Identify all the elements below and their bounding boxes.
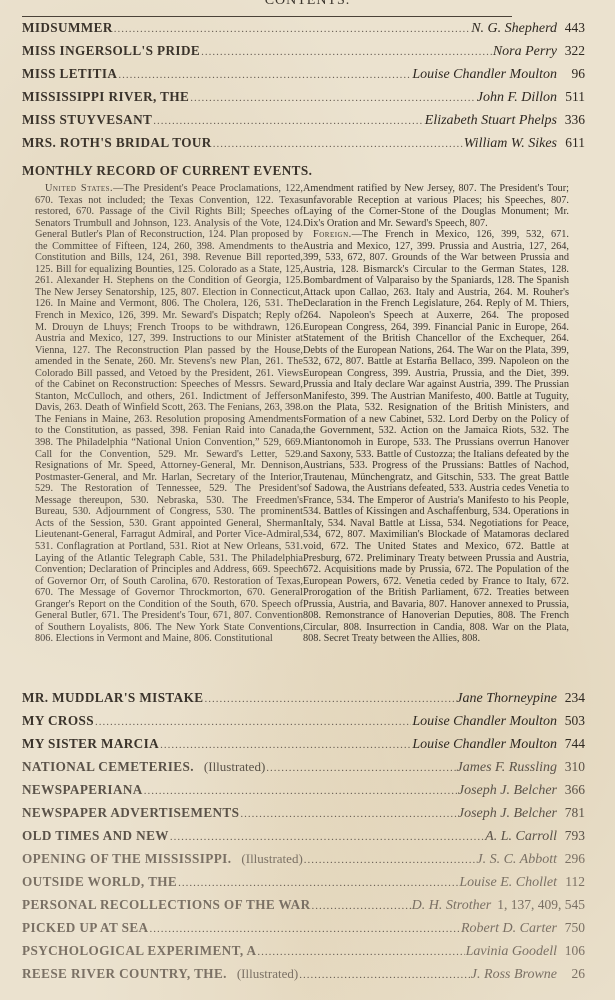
toc-entry: MIDSUMMER N. G. Shepherd 443 [22, 20, 585, 42]
entry-pages: 336 [563, 112, 585, 128]
leader-dots [190, 92, 476, 104]
leader-dots [178, 877, 458, 889]
entry-author: William W. Sikes [464, 136, 557, 152]
entry-author: Lavinia Goodell [466, 944, 557, 960]
toc-entry: MRS. ROTH'S BRIDAL TOUR William W. Sikes… [22, 135, 585, 157]
entry-title: MIDSUMMER [22, 20, 113, 36]
leader-dots [95, 716, 411, 728]
toc-entry: MR. MUDDLAR'S MISTAKE Jane Thorneypine 2… [22, 690, 585, 712]
entry-note: (Illustrated) [237, 966, 298, 982]
entry-title: NEWSPAPERIANA [22, 782, 143, 798]
leader-dots [312, 900, 411, 912]
entry-author: Louise E. Chollet [459, 875, 557, 891]
leader-dots [160, 739, 411, 751]
header-rule [22, 16, 512, 17]
entry-title: MRS. ROTH'S BRIDAL TOUR [22, 135, 212, 151]
united-states-text: —The President's Peace Proclamations, 12… [35, 183, 303, 644]
entry-pages: 443 [563, 20, 585, 36]
leader-dots [299, 969, 470, 981]
entry-author: Nora Perry [493, 44, 557, 60]
entry-title: PSYCHOLOGICAL EXPERIMENT, A [22, 943, 256, 959]
united-states-continuation: Amendment ratified by New Jersey, 807. T… [303, 183, 569, 229]
leader-dots [304, 854, 476, 866]
leader-dots [240, 808, 457, 820]
entry-title: MR. MUDDLAR'S MISTAKE [22, 690, 203, 706]
entry-author: James F. Russling [457, 760, 557, 776]
entry-author: Robert D. Carter [461, 921, 557, 937]
entry-author: Louise Chandler Moulton [412, 737, 557, 753]
entry-author: Joseph J. Belcher [458, 806, 557, 822]
entry-author: Jane Thorneypine [456, 691, 557, 707]
toc-entry: PICKED UP AT SEA Robert D. Carter 750 [22, 920, 585, 942]
toc-entry: OUTSIDE WORLD, THE Louise E. Chollet 112 [22, 874, 585, 896]
leader-dots [213, 138, 463, 150]
entry-title: NEWSPAPER ADVERTISEMENTS [22, 805, 239, 821]
entry-author: Joseph J. Belcher [458, 783, 557, 799]
entry-pages: 511 [563, 89, 585, 105]
entry-author: Elizabeth Stuart Phelps [425, 113, 557, 129]
foreign-label: Foreign. [313, 229, 352, 240]
entry-author: J. S. C. Abbott [476, 852, 557, 868]
entry-title: MISSISSIPPI RIVER, THE [22, 89, 189, 105]
toc-entry: PERSONAL RECOLLECTIONS OF THE WAR D. H. … [22, 897, 585, 919]
entry-pages: 310 [563, 759, 585, 775]
entry-title: PICKED UP AT SEA [22, 920, 148, 936]
entry-title: OPENING OF THE MISSISSIPPI. [22, 851, 231, 867]
entry-pages: 750 [563, 920, 585, 936]
entry-author: N. G. Shepherd [471, 21, 557, 37]
monthly-record-left-column: United States.—The President's Peace Pro… [35, 183, 303, 645]
toc-entry: MY CROSS Louise Chandler Moulton 503 [22, 713, 585, 735]
toc-entry: PSYCHOLOGICAL EXPERIMENT, A Lavinia Good… [22, 943, 585, 965]
entry-title: MY CROSS [22, 713, 94, 729]
entry-pages: 503 [563, 713, 585, 729]
contents-page: CONTENTS. MIDSUMMER N. G. Shepherd 443 M… [0, 0, 615, 1000]
united-states-paragraph: United States.—The President's Peace Pro… [35, 183, 303, 645]
entry-pages: 112 [563, 874, 585, 890]
entry-note: (Illustrated) [241, 851, 302, 867]
toc-entry: OLD TIMES AND NEW A. L. Carroll 793 [22, 828, 585, 850]
toc-entry: REESE RIVER COUNTRY, THE. (Illustrated) … [22, 966, 585, 988]
entry-title: MISS LETITIA [22, 66, 117, 82]
entry-title: OLD TIMES AND NEW [22, 828, 169, 844]
leader-dots [149, 923, 459, 935]
foreign-paragraph: Foreign.—The French in Mexico, 126, 399,… [303, 229, 569, 645]
entry-title: PERSONAL RECOLLECTIONS OF THE WAR [22, 897, 311, 913]
foreign-text: —The French in Mexico, 126, 399, 532, 67… [303, 229, 569, 644]
entry-pages: 366 [563, 782, 585, 798]
toc-entry: OPENING OF THE MISSISSIPPI. (Illustrated… [22, 851, 585, 873]
entry-title: NATIONAL CEMETERIES. [22, 759, 194, 775]
entry-pages: 234 [563, 690, 585, 706]
leader-dots [257, 946, 464, 958]
entry-pages: 106 [563, 943, 585, 959]
entry-pages: 611 [563, 135, 585, 151]
entry-author: J. Ross Browne [471, 967, 557, 983]
toc-entry: MISS STUYVESANT Elizabeth Stuart Phelps … [22, 112, 585, 134]
entry-title: REESE RIVER COUNTRY, THE. [22, 966, 227, 982]
leader-dots [204, 693, 455, 705]
toc-entry: NATIONAL CEMETERIES. (Illustrated) James… [22, 759, 585, 781]
toc-entry: NEWSPAPERIANA Joseph J. Belcher 366 [22, 782, 585, 804]
entry-pages: 793 [563, 828, 585, 844]
united-states-label: United States. [45, 183, 113, 194]
leader-dots [170, 831, 484, 843]
entry-pages: 744 [563, 736, 585, 752]
entry-title: OUTSIDE WORLD, THE [22, 874, 177, 890]
toc-entry: MISSISSIPPI RIVER, THE John F. Dillon 51… [22, 89, 585, 111]
toc-entry: MISS LETITIA Louise Chandler Moulton 96 [22, 66, 585, 88]
entry-author: Louise Chandler Moulton [412, 714, 557, 730]
entry-author: John F. Dillon [477, 90, 557, 106]
entry-pages: 296 [563, 851, 585, 867]
entry-pages: 322 [563, 43, 585, 59]
toc-entry: MY SISTER MARCIA Louise Chandler Moulton… [22, 736, 585, 758]
entry-note: (Illustrated) [204, 759, 265, 775]
leader-dots [266, 762, 455, 774]
running-head: CONTENTS. [0, 0, 615, 9]
entry-pages: 781 [563, 805, 585, 821]
leader-dots [118, 69, 411, 81]
entry-pages: 26 [563, 966, 585, 982]
leader-dots [201, 46, 492, 58]
toc-entry: NEWSPAPER ADVERTISEMENTS Joseph J. Belch… [22, 805, 585, 827]
toc-entry: MISS INGERSOLL'S PRIDE Nora Perry 322 [22, 43, 585, 65]
entry-pages: 96 [563, 66, 585, 82]
monthly-record-heading: MONTHLY RECORD OF CURRENT EVENTS. [22, 163, 312, 179]
leader-dots [153, 115, 424, 127]
entry-author: A. L. Carroll [485, 829, 557, 845]
entry-title: MY SISTER MARCIA [22, 736, 159, 752]
entry-title: MISS INGERSOLL'S PRIDE [22, 43, 200, 59]
leader-dots [114, 23, 470, 35]
monthly-record-right-column: Amendment ratified by New Jersey, 807. T… [303, 183, 569, 645]
entry-author: D. H. Strother [412, 898, 492, 914]
entry-pages: 1, 137, 409, 545 [497, 897, 585, 913]
entry-author: Louise Chandler Moulton [412, 67, 557, 83]
leader-dots [144, 785, 457, 797]
entry-title: MISS STUYVESANT [22, 112, 152, 128]
